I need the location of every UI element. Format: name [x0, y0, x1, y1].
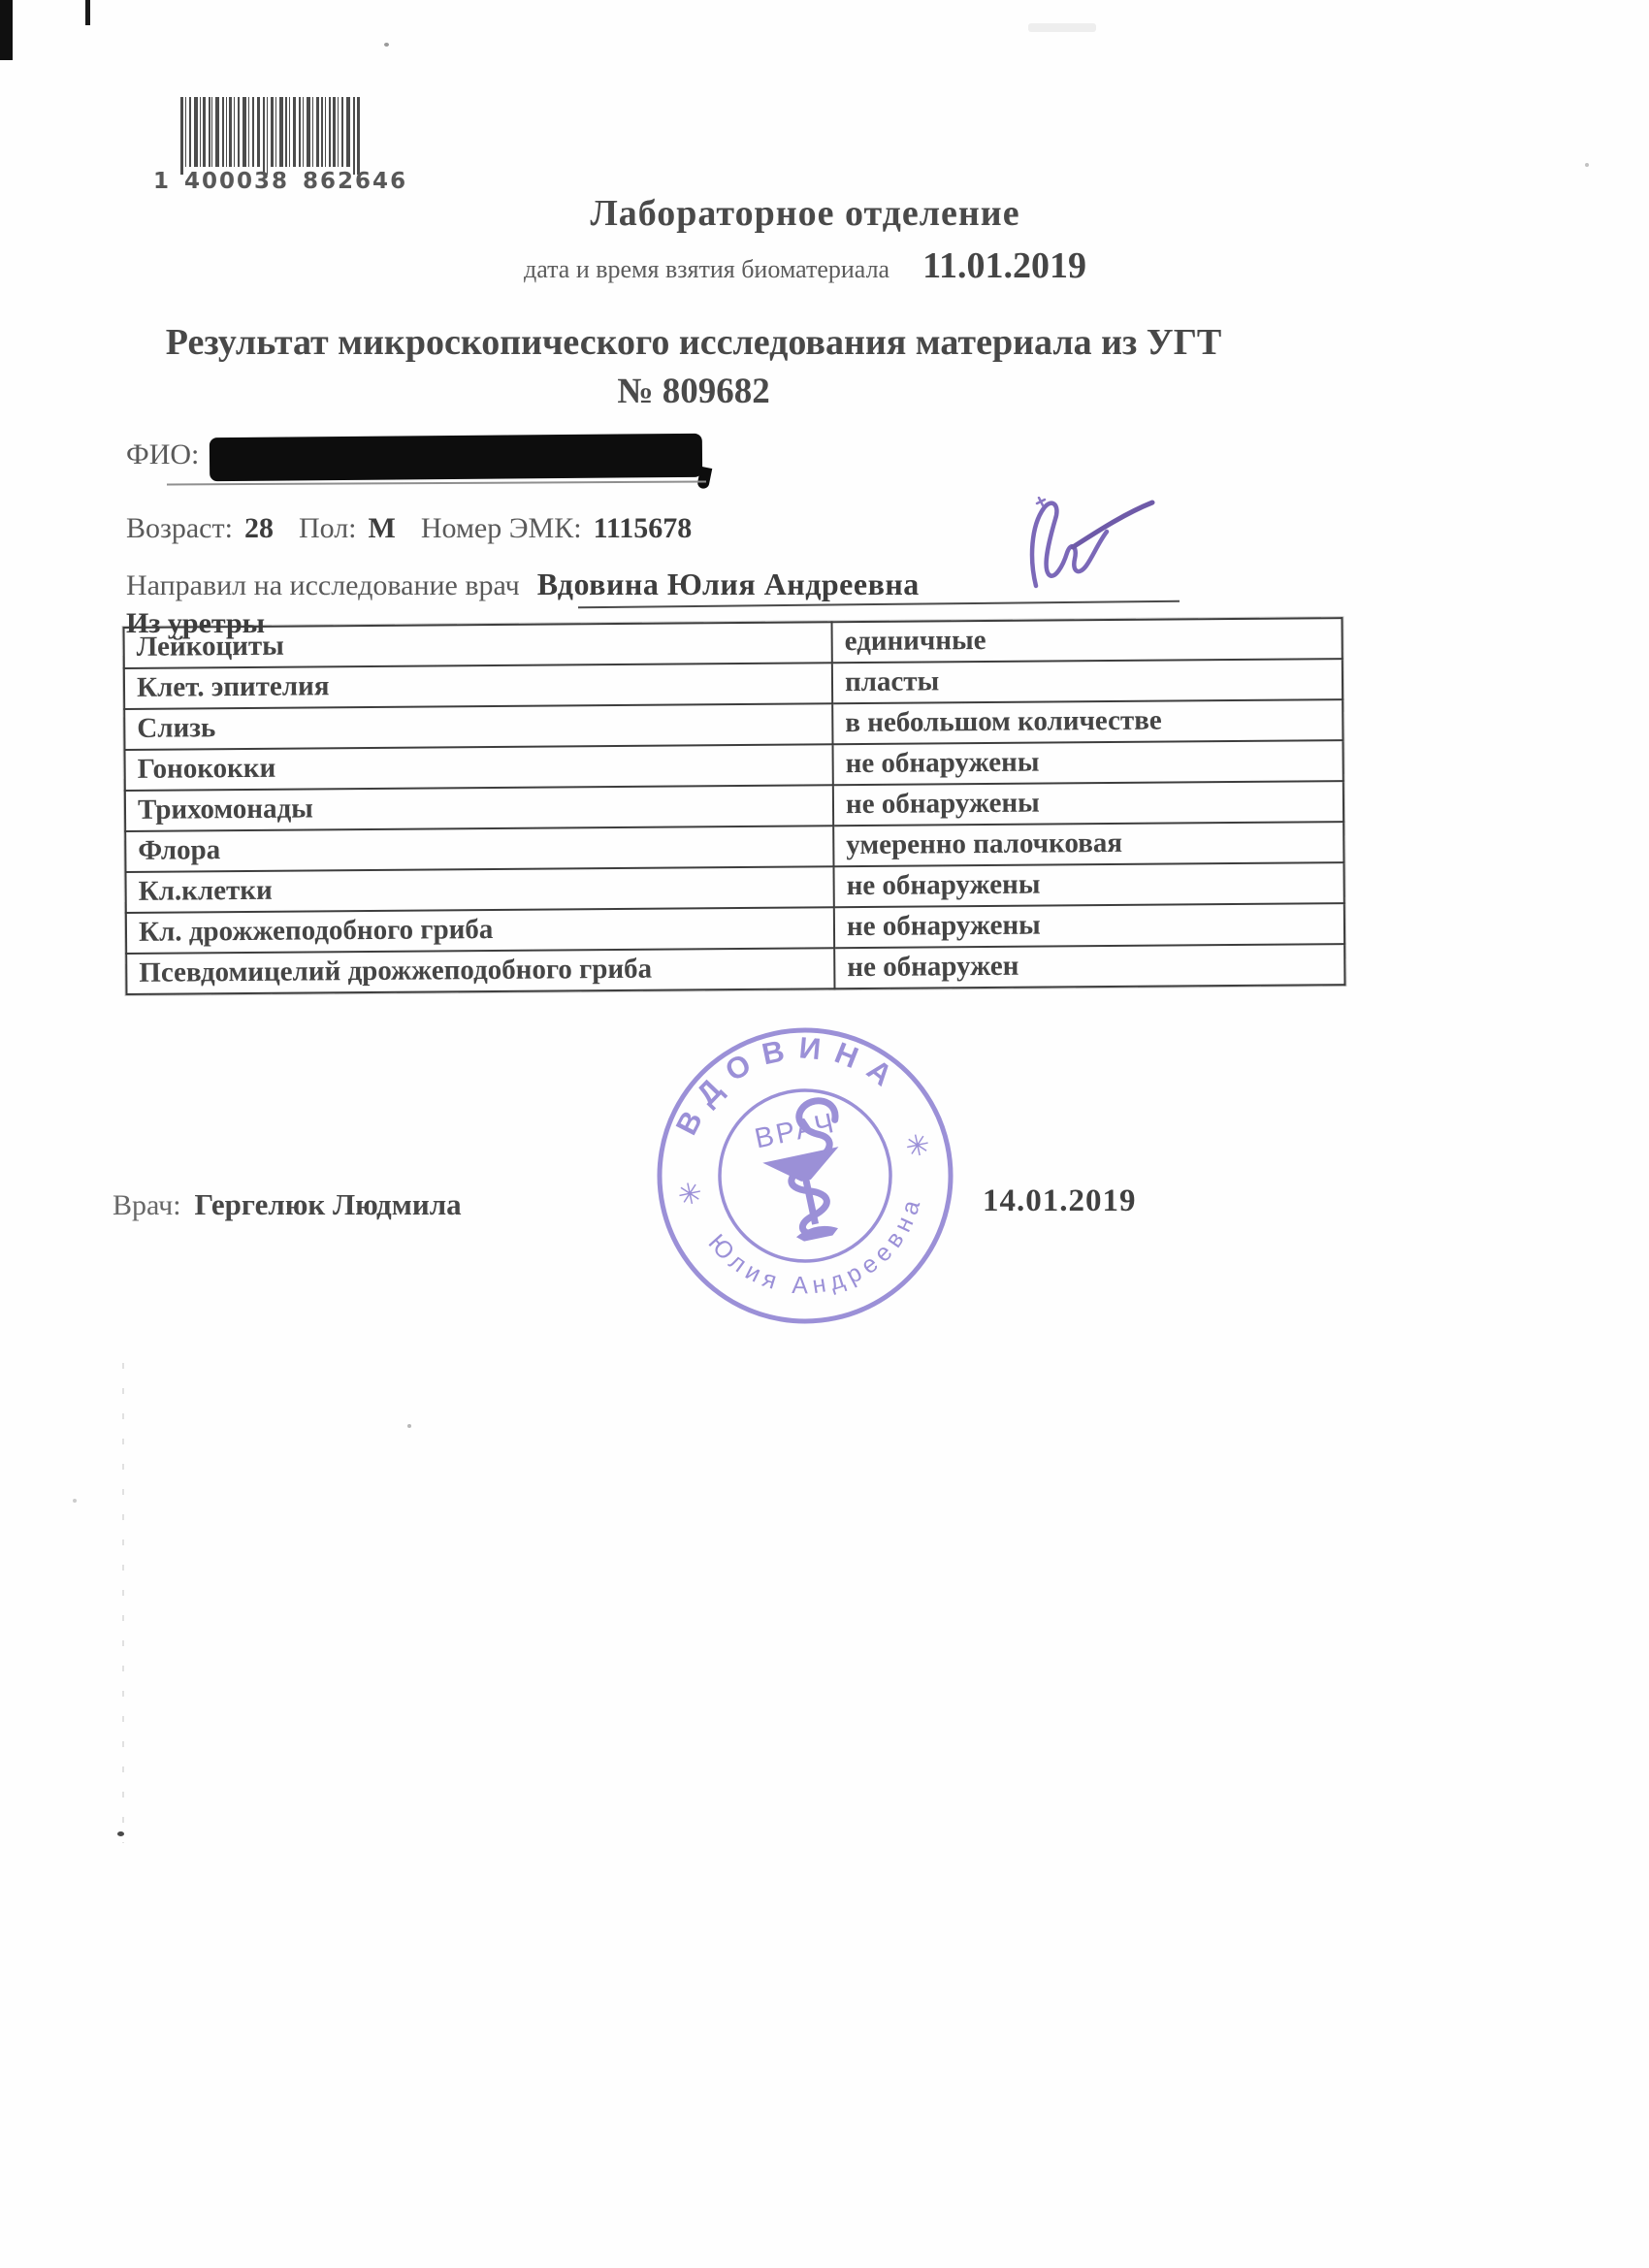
- age-value: 28: [244, 512, 274, 545]
- param-cell: Кл. дрожжеподобного гриба: [126, 907, 834, 954]
- result-number: № 809682: [92, 371, 1295, 412]
- scan-smudge: [1028, 23, 1096, 32]
- param-cell: Клет. эпителия: [124, 663, 832, 709]
- doctor-name: Гергелюк Людмила: [195, 1187, 462, 1222]
- param-cell: Псевдомицелий дрожжеподобного гриба: [126, 948, 834, 994]
- table-row: Псевдомицелий дрожжеподобного гриба не о…: [126, 944, 1344, 994]
- scan-speck: [117, 1831, 124, 1836]
- stamp-star-right: ✳: [903, 1128, 933, 1165]
- emk-value: 1115678: [594, 512, 693, 545]
- param-cell: Слизь: [124, 703, 832, 750]
- sex-value: М: [369, 512, 396, 545]
- barcode-prefix: 1: [153, 169, 171, 194]
- scan-speck: [1585, 163, 1589, 167]
- referrer-name: Вдовина Юлия Андреевна: [537, 567, 920, 602]
- emk-label: Номер ЭМК:: [421, 512, 582, 545]
- doctor-label: Врач:: [113, 1189, 181, 1222]
- sample-date-value: 11.01.2019: [922, 244, 1086, 287]
- scan-artifact-line: [122, 1363, 124, 1843]
- barcode-number: 1 400038 862646: [153, 169, 371, 194]
- referrer-row: Направил на исследование врач Вдовина Юл…: [126, 567, 920, 602]
- patient-info-row: Возраст: 28 Пол: М Номер ЭМК: 1115678: [126, 512, 692, 545]
- value-cell: единичные: [832, 618, 1342, 663]
- doctor-stamp: ВДОВИНА Юлия Андреевна ✳ ✳ ВРАЧ: [638, 1009, 972, 1343]
- sex-label: Пол:: [299, 512, 357, 545]
- value-cell: пласты: [832, 659, 1342, 703]
- value-cell: не обнаружены: [832, 740, 1342, 785]
- scanned-lab-report: 1 400038 862646 Лабораторное отделение д…: [0, 0, 1649, 2268]
- stamp-star-left: ✳: [675, 1177, 705, 1214]
- barcode-bars: [167, 97, 367, 175]
- scan-speck: [407, 1424, 411, 1428]
- value-cell: умеренно палочковая: [833, 822, 1343, 866]
- param-cell: Кл.клетки: [126, 866, 834, 913]
- value-cell: не обнаружены: [833, 781, 1343, 826]
- param-cell: Гонококки: [125, 744, 833, 791]
- barcode: 1 400038 862646: [167, 97, 371, 194]
- barcode-group1: 400038: [184, 169, 289, 194]
- value-cell: не обнаружены: [833, 862, 1343, 907]
- doctor-row: Врач: Гергелюк Людмила: [113, 1187, 462, 1222]
- param-cell: Флора: [125, 826, 833, 872]
- value-cell: в небольшом количестве: [832, 699, 1342, 744]
- scan-artifact-edge: [85, 0, 90, 25]
- result-title: Результат микроскопического исследования…: [92, 320, 1295, 367]
- param-cell: Лейкоциты: [124, 622, 832, 668]
- doctor-signature: [1015, 497, 1170, 598]
- sample-date-label: дата и время взятия биоматериала: [524, 255, 889, 284]
- value-cell: не обнаружен: [834, 944, 1344, 988]
- barcode-group2: 862646: [303, 169, 407, 194]
- value-cell: не обнаружены: [834, 903, 1344, 948]
- redacted-patient-name: [210, 434, 702, 481]
- fio-label: ФИО:: [126, 438, 199, 471]
- scan-speck: [384, 43, 389, 47]
- age-label: Возраст:: [126, 512, 233, 545]
- param-cell: Трихомонады: [125, 785, 833, 831]
- fio-underline: [167, 481, 706, 486]
- sample-date-row: дата и время взятия биоматериала 11.01.2…: [524, 244, 1086, 287]
- results-table: Лейкоциты единичные Клет. эпителия пласт…: [123, 617, 1346, 995]
- scan-artifact-corner: [0, 0, 13, 60]
- scan-speck: [73, 1499, 77, 1503]
- report-date: 14.01.2019: [983, 1183, 1137, 1219]
- department-title: Лабораторное отделение: [436, 192, 1174, 235]
- referrer-label: Направил на исследование врач: [126, 569, 520, 602]
